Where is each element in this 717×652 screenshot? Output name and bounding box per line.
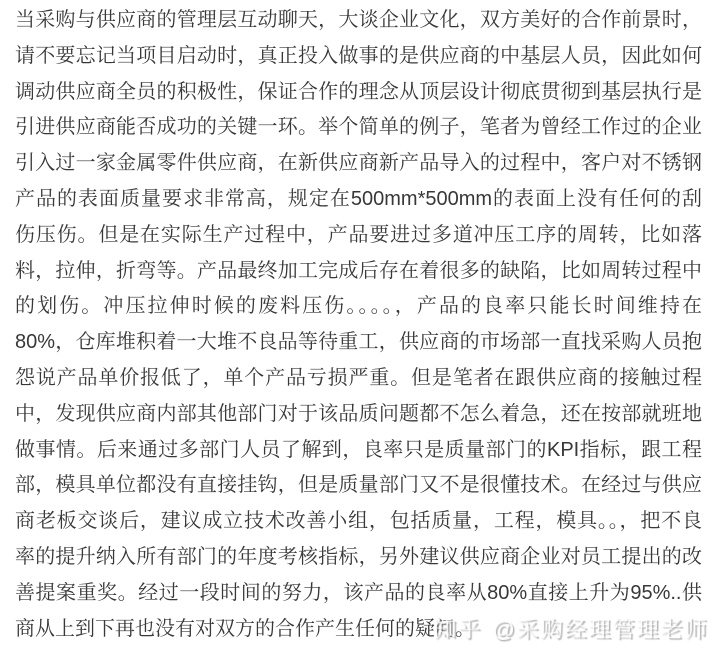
text-line: 引入过一家金属零件供应商，在新供应商新产品导入的过程中，客户对不锈钢 bbox=[15, 146, 702, 182]
text-line: 率的提升纳入所有部门的年度考核指标，另外建议供应商企业对员工提出的改 bbox=[15, 540, 702, 576]
text-line: 80%，仓库堆积着一大堆不良品等待重工，供应商的市场部一直找采购人员抱 bbox=[15, 325, 702, 361]
text-line: 怨说产品单价报低了，单个产品亏损严重。但是笔者在跟供应商的接触过程 bbox=[15, 361, 702, 397]
article-body: 当采购与供应商的管理层互动聊天，大谈企业文化，双方美好的合作前景时， 请不要忘记… bbox=[15, 3, 702, 647]
zhihu-logo-text: 知乎 bbox=[435, 617, 483, 642]
author-handle: @采购经理管理老师 bbox=[493, 617, 709, 642]
text-line: 部，模具单位都没有直接挂钩，但是质量部门又不是很懂技术。在经过与供应 bbox=[15, 468, 702, 504]
text-line: 商老板交谈后，建议成立技术改善小组，包括质量，工程，模具。。，把不良 bbox=[15, 504, 702, 540]
zhihu-watermark: 知乎@采购经理管理老师 bbox=[435, 613, 709, 644]
text-line: 产品的表面质量要求非常高，规定在500mm*500mm的表面上没有任何的刮 bbox=[15, 182, 702, 218]
article-page: 当采购与供应商的管理层互动聊天，大谈企业文化，双方美好的合作前景时， 请不要忘记… bbox=[0, 0, 717, 652]
text-line: 引进供应商能否成功的关键一环。举个简单的例子，笔者为曾经工作过的企业 bbox=[15, 110, 702, 146]
text-line: 当采购与供应商的管理层互动聊天，大谈企业文化，双方美好的合作前景时， bbox=[15, 3, 702, 39]
text-line: 请不要忘记当项目启动时，真正投入做事的是供应商的中基层人员，因此如何 bbox=[15, 39, 702, 75]
text-line: 善提案重奖。经过一段时间的努力，该产品的良率从80%直接上升为95%..供应 bbox=[15, 576, 702, 612]
text-line: 调动供应商全员的积极性，保证合作的理念从顶层设计彻底贯彻到基层执行是 bbox=[15, 75, 702, 111]
text-line: 料，拉伸，折弯等。产品最终加工完成后存在着很多的缺陷，比如周转过程中 bbox=[15, 254, 702, 290]
text-line: 做事情。后来通过多部门人员了解到，良率只是质量部门的KPI指标，跟工程 bbox=[15, 433, 702, 469]
text-line: 伤压伤。但是在实际生产过程中，产品要进过多道冲压工序的周转，比如落 bbox=[15, 218, 702, 254]
text-line: 的划伤。冲压拉伸时候的废料压伤。。。。，产品的良率只能长时间维持在 bbox=[15, 289, 702, 325]
text-line: 中，发现供应商内部其他部门对于该品质问题都不怎么着急，还在按部就班地 bbox=[15, 397, 702, 433]
